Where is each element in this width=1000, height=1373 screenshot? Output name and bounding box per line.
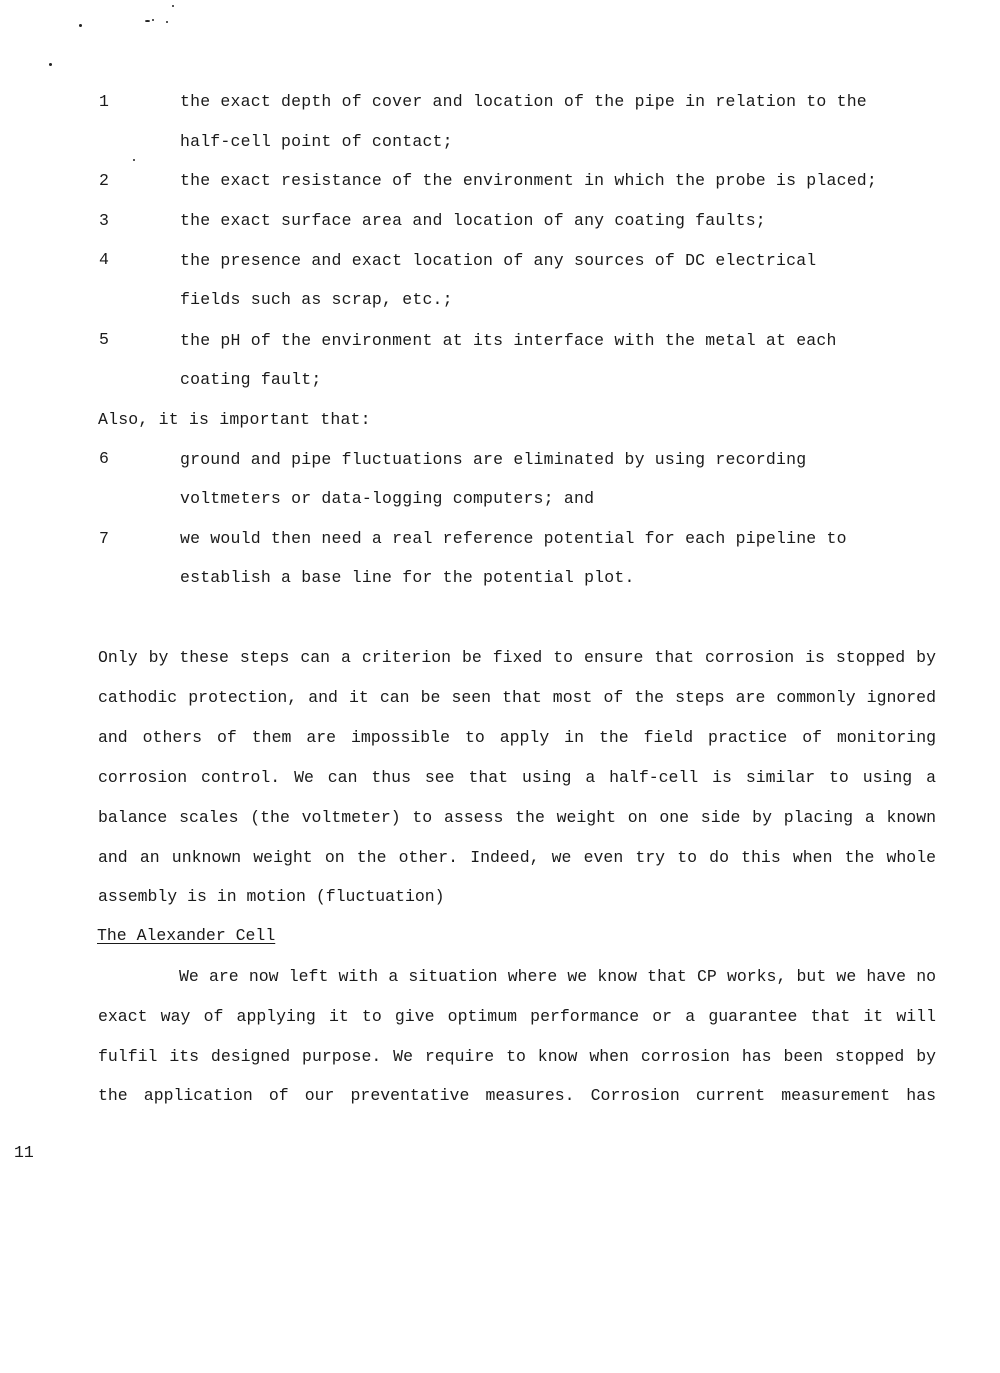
paragraph-line: fulfil its designed purpose. We require … (98, 1047, 936, 1067)
list-number: 5 (99, 330, 109, 350)
list-number: 4 (99, 250, 109, 270)
scan-speck (49, 63, 52, 66)
paragraph-line: and an unknown weight on the other. Inde… (98, 848, 936, 868)
paragraph-line: Only by these steps can a criterion be f… (98, 648, 936, 668)
list-item-text: the exact resistance of the environment … (180, 171, 877, 191)
list-number: 7 (99, 529, 109, 549)
paragraph-line: exact way of applying it to give optimum… (98, 1007, 936, 1027)
paragraph-line: assembly is in motion (fluctuation) (98, 887, 936, 907)
scan-speck (133, 159, 135, 161)
scan-speck (152, 19, 154, 21)
list-item-text: fields such as scrap, etc.; (180, 290, 453, 310)
list-item-text: establish a base line for the potential … (180, 568, 635, 588)
scan-speck (172, 5, 174, 7)
list-number: 1 (99, 92, 109, 112)
paragraph-line: the application of our preventative meas… (98, 1086, 936, 1106)
scan-speck (145, 20, 150, 22)
paragraph-line: and others of them are impossible to app… (98, 728, 936, 748)
list-item-text: half-cell point of contact; (180, 132, 453, 152)
list-number: 3 (99, 211, 109, 231)
list-item-text: the exact depth of cover and location of… (180, 92, 867, 112)
page-number: 11 (14, 1143, 34, 1163)
intro-text: Also, it is important that: (98, 410, 371, 430)
list-item-text: voltmeters or data-logging computers; an… (180, 489, 594, 509)
list-number: 6 (99, 449, 109, 469)
scan-speck (166, 21, 168, 23)
list-item-text: coating fault; (180, 370, 321, 390)
section-heading: The Alexander Cell (97, 926, 275, 946)
paragraph-line: We are now left with a situation where w… (179, 967, 936, 987)
paragraph-line: balance scales (the voltmeter) to assess… (98, 808, 936, 828)
paragraph-line: cathodic protection, and it can be seen … (98, 688, 936, 708)
list-item-text: ground and pipe fluctuations are elimina… (180, 450, 806, 470)
scan-speck (79, 24, 82, 27)
list-item-text: the exact surface area and location of a… (180, 211, 766, 231)
list-item-text: the presence and exact location of any s… (180, 251, 816, 271)
list-number: 2 (99, 171, 109, 191)
list-item-text: we would then need a real reference pote… (180, 529, 847, 549)
list-item-text: the pH of the environment at its interfa… (180, 331, 837, 351)
paragraph-line: corrosion control. We can thus see that … (98, 768, 936, 788)
